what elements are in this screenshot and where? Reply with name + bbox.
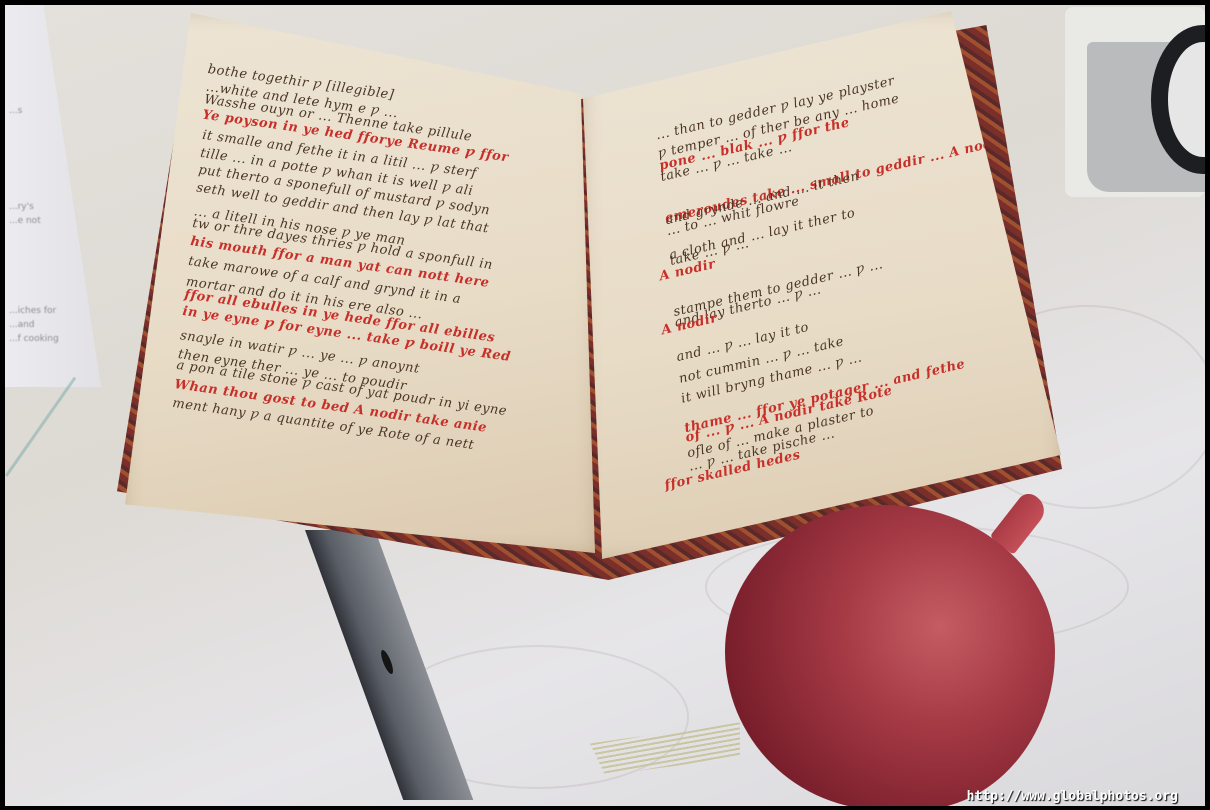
placard-line: ...ry's: [9, 201, 89, 214]
placard-line: ...s: [9, 105, 89, 118]
scale-device: [1065, 7, 1205, 197]
placard-line: ...and: [9, 319, 89, 332]
glass-case-edge: [5, 377, 76, 477]
placard-line: ...iches for: [9, 305, 89, 318]
watermark-url: http://www.globalphotos.org: [967, 789, 1178, 804]
placard-line: ...e not: [9, 215, 89, 228]
placard-line: ...f cooking: [9, 333, 89, 346]
red-onion: [725, 505, 1055, 806]
stand-hole: [379, 650, 396, 674]
manuscript-left-page: bothe togethir ƿ [illegible] ...white an…: [125, 13, 595, 553]
museum-photo: ...s ...ry's ...e not ...iches for ...an…: [5, 5, 1205, 806]
